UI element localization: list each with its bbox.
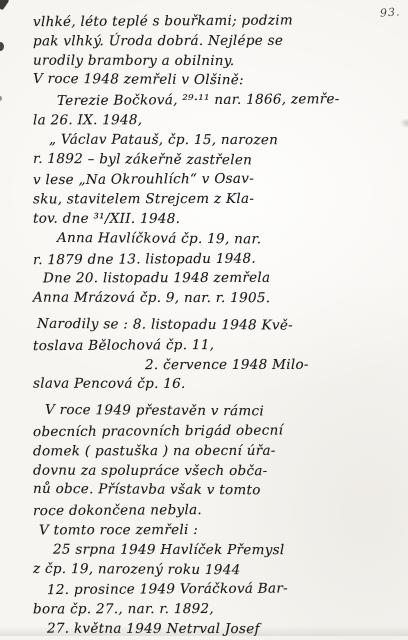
handwritten-line: 25 srpna 1949 Havlíček Přemysl xyxy=(33,540,390,561)
handwritten-line: V roce 1949 přestavěn v rámci xyxy=(33,401,390,423)
handwritten-line: la 26. IX. 1948, xyxy=(33,111,390,132)
handwritten-line: v lese „Na Okrouhlích“ v Osav- xyxy=(33,169,390,191)
handwritten-line: Anna Havlíčková čp. 19, nar. xyxy=(33,229,390,251)
handwritten-line: dovnu za spolupráce všech obča- xyxy=(33,461,390,482)
handwritten-line: V roce 1948 zemřeli v Olšině: xyxy=(33,70,390,92)
handwritten-line: urodily brambory a obilniny. xyxy=(33,51,390,72)
handwritten-line: sku, stavitelem Strejcem z Kla- xyxy=(33,190,390,211)
handwritten-line: toslava Bělochová čp. 11, xyxy=(33,335,390,357)
handwritten-line: slava Pencová čp. 16. xyxy=(33,375,390,396)
handwritten-line: Terezie Bočková, ²⁹·¹¹ nar. 1866, zemře- xyxy=(33,90,390,112)
handwritten-line: roce dokončena nebyla. xyxy=(33,500,390,522)
scan-artifact xyxy=(0,0,9,10)
handwritten-line: „ Václav Patauš, čp. 15, narozen xyxy=(33,130,390,151)
handwritten-line: nů obce. Přístavba však v tomto xyxy=(33,480,390,502)
handwritten-line: vlhké, léto teplé s bouřkami; podzim xyxy=(33,11,390,33)
handwritten-text: vlhké, léto teplé s bouřkami; podzimpak … xyxy=(33,12,390,640)
handwritten-line: domek ( pastuška ) na obecní úřa- xyxy=(33,441,390,462)
handwritten-line: Anna Mrázová čp. 9, nar. r. 1905. xyxy=(33,289,390,310)
handwritten-line: 2. července 1948 Milo- xyxy=(33,355,390,376)
scan-artifact xyxy=(400,118,408,128)
handwritten-line: V tomto roce zemřeli : xyxy=(33,521,390,542)
handwritten-line: tov. dne ³¹/XII. 1948. xyxy=(33,210,390,231)
handwritten-line: r. 1879 dne 13. listopadu 1948. xyxy=(33,248,390,270)
scan-artifact xyxy=(0,96,2,101)
handwritten-line: Narodily se : 8. listopadu 1948 Kvě- xyxy=(33,315,390,337)
handwritten-line: z čp. 19, narozený roku 1944 xyxy=(33,559,390,581)
handwritten-line: pak vlhký. Úroda dobrá. Nejlépe se xyxy=(33,31,390,52)
scan-artifact xyxy=(0,42,4,51)
handwritten-line: bora čp. 27., nar. r. 1892, xyxy=(33,600,390,621)
chronicle-page: 93. vlhké, léto teplé s bouřkami; podzim… xyxy=(0,0,408,640)
handwritten-line: 12. prosince 1949 Voráčková Bar- xyxy=(33,579,390,601)
handwritten-line: obecních pracovních brigád obecní xyxy=(33,421,390,443)
handwritten-line: Dne 20. listopadu 1948 zemřela xyxy=(33,269,390,290)
handwritten-line: 27. května 1949 Netrval Josef xyxy=(33,620,390,640)
